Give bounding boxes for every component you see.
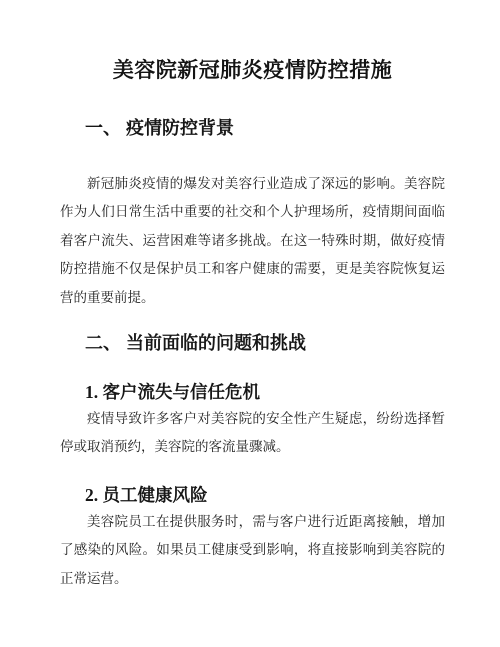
section-2-heading: 二、 当前面临的问题和挑战 (60, 331, 445, 355)
section-1-paragraph: 新冠肺炎疫情的爆发对美容行业造成了深远的影响。美容院作为人们日常生活中重要的社交… (60, 170, 445, 312)
section-1-heading: 一、 疫情防控背景 (60, 116, 445, 140)
subsection-2-paragraph: 美容院员工在提供服务时，需与客户进行近距离接触，增加了感染的风险。如果员工健康受… (60, 508, 445, 593)
subsection-1-paragraph: 疫情导致许多客户对美容院的安全性产生疑虑，纷纷选择暂停或取消预约，美容院的客流量… (60, 405, 445, 462)
subsection-1-heading: 1. 客户流失与信任危机 (60, 379, 445, 405)
document-body: 美容院新冠肺炎疫情防控措施 一、 疫情防控背景 新冠肺炎疫情的爆发对美容行业造成… (0, 0, 500, 593)
subsection-2-heading: 2. 员工健康风险 (60, 482, 445, 508)
document-page: 美容院新冠肺炎疫情防控措施 一、 疫情防控背景 新冠肺炎疫情的爆发对美容行业造成… (0, 0, 500, 647)
document-title: 美容院新冠肺炎疫情防控措施 (60, 56, 445, 86)
